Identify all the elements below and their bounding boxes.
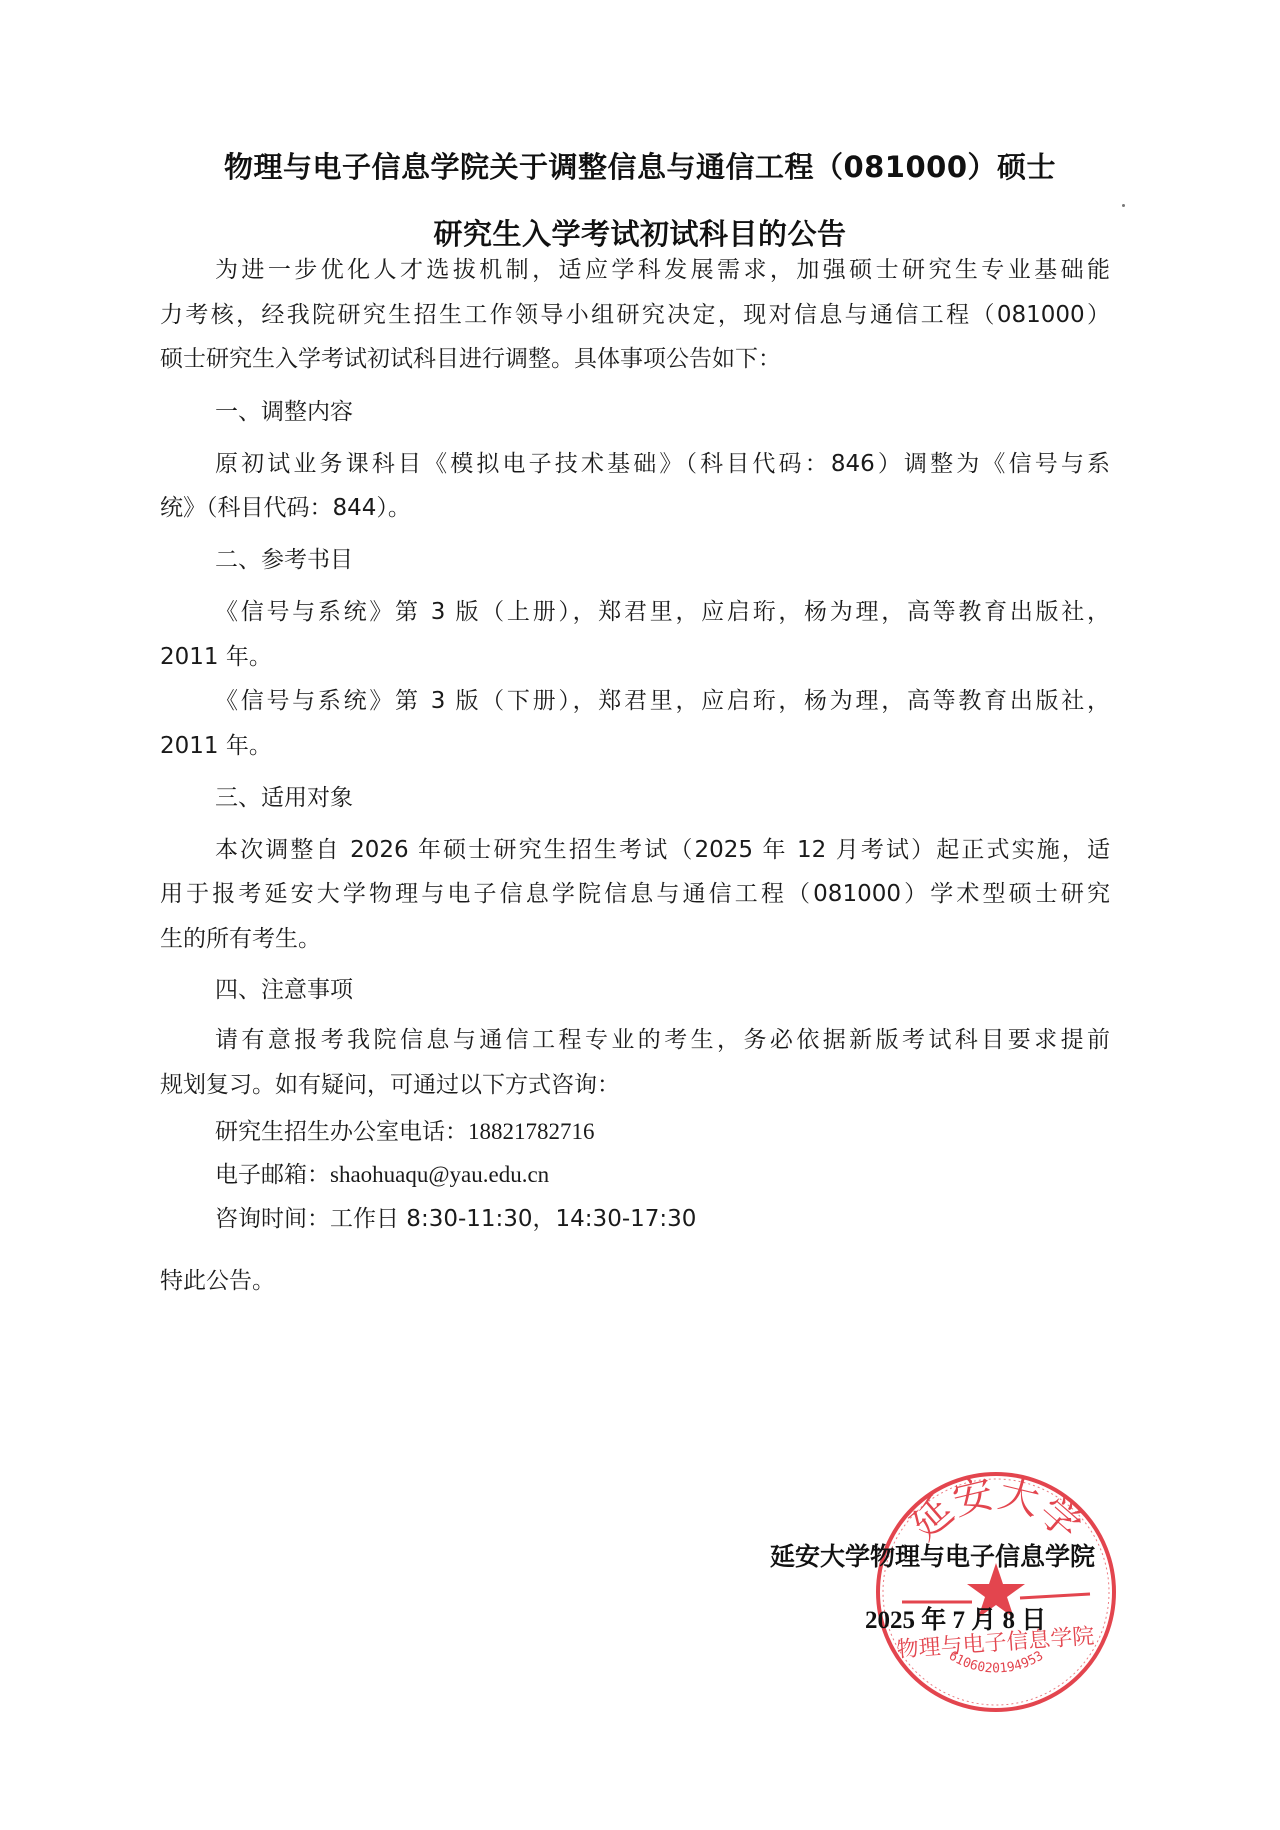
issue-date: 2025 年 7 月 8 日	[865, 1600, 1046, 1636]
section-1-heading: 一、调整内容	[215, 397, 1165, 427]
contact-phone-label: 研究生招生办公室电话：	[215, 1119, 468, 1145]
intro-line-2: 力考核，经我院研究生招生工作领导小组研究决定，现对信息与通信工程（081000）	[160, 300, 1110, 330]
contact-hours: 咨询时间：工作日 8:30-11:30，14:30-17:30	[215, 1204, 1165, 1234]
document-page: 物理与电子信息学院关于调整信息与通信工程（081000）硕士 研究生入学考试初试…	[0, 0, 1280, 1830]
section-4-line-2: 规划复习。如有疑问，可通过以下方式咨询：	[160, 1070, 1110, 1100]
section-3-line-3: 生的所有考生。	[160, 924, 1110, 954]
intro-line-3: 硕士研究生入学考试初试科目进行调整。具体事项公告如下：	[160, 344, 1110, 374]
closing-text: 特此公告。	[160, 1266, 1110, 1296]
contact-email-label: 电子邮箱：	[215, 1162, 330, 1188]
contact-phone-number: 18821782716	[468, 1119, 595, 1144]
contact-email-address: shaohuaqu@yau.edu.cn	[330, 1162, 549, 1187]
document-title-line-1: 物理与电子信息学院关于调整信息与通信工程（081000）硕士	[150, 145, 1130, 186]
section-1-line-2: 统》（科目代码：844）。	[160, 493, 1110, 523]
section-3-heading: 三、适用对象	[215, 783, 1165, 813]
reference-book-1-line-1: 《信号与系统》第 3 版（上册），郑君里，应启珩，杨为理，高等教育出版社，	[215, 597, 1110, 627]
contact-hours-label: 咨询时间：	[215, 1206, 330, 1232]
document-title-line-2: 研究生入学考试初试科目的公告	[150, 212, 1130, 253]
reference-book-1-line-2: 2011 年。	[160, 642, 1110, 672]
contact-phone: 研究生招生办公室电话：18821782716	[215, 1117, 1165, 1147]
scan-speck	[1122, 204, 1125, 207]
section-4-heading: 四、注意事项	[215, 975, 1165, 1005]
intro-line-1: 为进一步优化人才选拔机制，适应学科发展需求，加强硕士研究生专业基础能	[215, 255, 1110, 285]
contact-hours-value: 工作日 8:30-11:30，14:30-17:30	[330, 1206, 696, 1232]
issuer-signature: 延安大学物理与电子信息学院	[770, 1537, 1095, 1573]
section-2-heading: 二、参考书目	[215, 545, 1165, 575]
section-1-line-1: 原初试业务课科目《模拟电子技术基础》（科目代码：846）调整为《信号与系	[215, 449, 1110, 479]
official-seal-stamp: 延安大学 物理与电子信息学院 6106020194953	[872, 1468, 1120, 1716]
section-3-line-2: 用于报考延安大学物理与电子信息学院信息与通信工程（081000）学术型硕士研究	[160, 879, 1110, 909]
reference-book-2-line-1: 《信号与系统》第 3 版（下册），郑君里，应启珩，杨为理，高等教育出版社，	[215, 686, 1110, 716]
reference-book-2-line-2: 2011 年。	[160, 731, 1110, 761]
section-3-line-1: 本次调整自 2026 年硕士研究生招生考试（2025 年 12 月考试）起正式实…	[215, 835, 1110, 865]
section-4-line-1: 请有意报考我院信息与通信工程专业的考生，务必依据新版考试科目要求提前	[215, 1025, 1110, 1055]
contact-email: 电子邮箱：shaohuaqu@yau.edu.cn	[215, 1160, 1165, 1190]
